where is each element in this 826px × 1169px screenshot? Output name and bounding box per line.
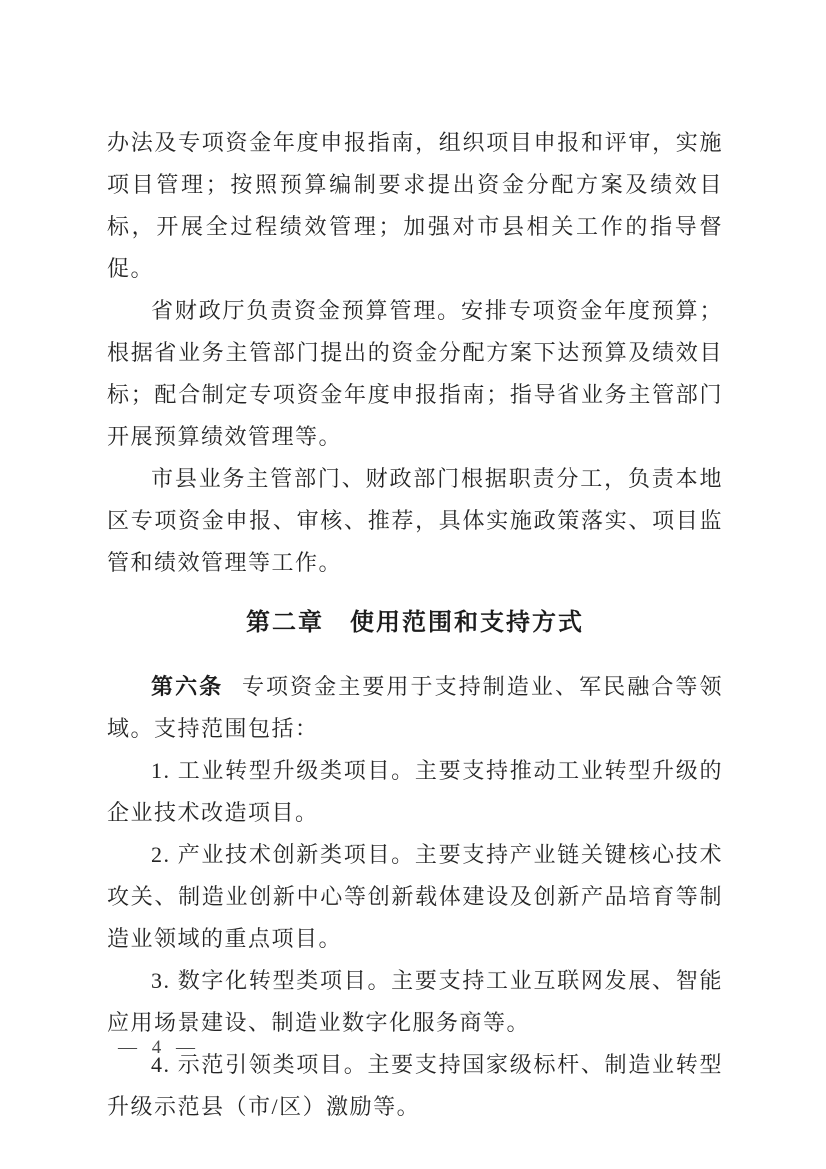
chapter-heading: 第二章 使用范围和支持方式 <box>107 602 723 644</box>
document-body: 办法及专项资金年度申报指南，组织项目申报和评审，实施项目管理；按照预算编制要求提… <box>107 122 723 1128</box>
paragraph-city-county-duties: 市县业务主管部门、财政部门根据职责分工，负责本地区专项资金申报、审核、推荐，具体… <box>107 458 723 584</box>
article-number: 第六条 <box>151 674 223 699</box>
support-item-2: 2. 产业技术创新类项目。主要支持产业链关键核心技术攻关、制造业创新中心等创新载… <box>107 834 723 960</box>
paragraph-finance-dept-duties: 省财政厅负责资金预算管理。安排专项资金年度预算；根据省业务主管部门提出的资金分配… <box>107 290 723 458</box>
document-page: 办法及专项资金年度申报指南，组织项目申报和评审，实施项目管理；按照预算编制要求提… <box>0 0 826 1169</box>
article-six-paragraph: 第六条专项资金主要用于支持制造业、军民融合等领域。支持范围包括： <box>107 666 723 750</box>
paragraph-continuation: 办法及专项资金年度申报指南，组织项目申报和评审，实施项目管理；按照预算编制要求提… <box>107 122 723 290</box>
support-item-3: 3. 数字化转型类项目。主要支持工业互联网发展、智能应用场景建设、制造业数字化服… <box>107 960 723 1044</box>
support-item-1: 1. 工业转型升级类项目。主要支持推动工业转型升级的企业技术改造项目。 <box>107 750 723 834</box>
page-number: — 4 — <box>118 1036 200 1060</box>
